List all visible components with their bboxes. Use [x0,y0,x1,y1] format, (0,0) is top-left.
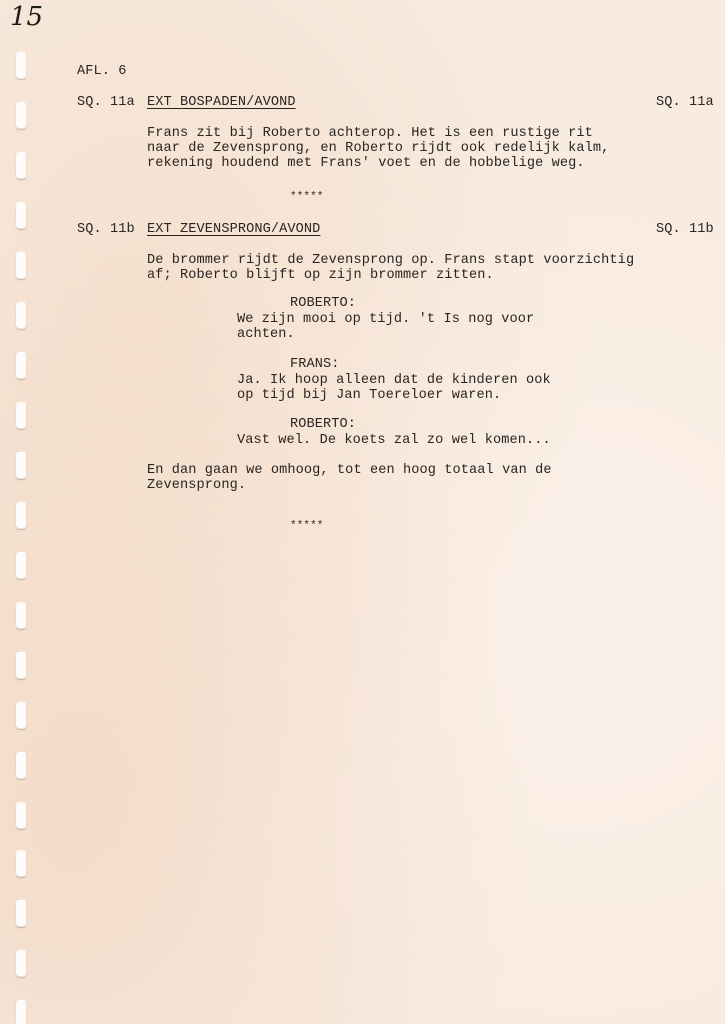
action-line: naar de Zevensprong, en Roberto rijdt oo… [147,141,609,156]
binding-hole [16,52,26,79]
dialogue-line: Vast wel. De koets zal zo wel komen... [237,433,551,448]
binding-hole [16,252,26,279]
handwritten-page-mark: 15 [10,2,43,32]
scene-number-right: SQ. 11a [656,95,714,110]
binding-hole [16,950,26,977]
dialogue-line: achten. [237,327,295,342]
binding-hole [16,552,26,579]
binding-hole [16,452,26,479]
scene-heading: EXT ZEVENSPRONG/AVOND [147,222,320,237]
scene-number-right: SQ. 11b [656,222,714,237]
binding-hole [16,802,26,829]
action-line: Frans zit bij Roberto achterop. Het is e… [147,126,593,141]
binding-hole [16,302,26,329]
scene-number-left: SQ. 11a [77,95,135,110]
binding-hole [16,900,26,927]
episode-label: AFL. 6 [77,64,127,79]
binding-hole [16,502,26,529]
dialogue-line: We zijn mooi op tijd. 't Is nog voor [237,312,534,327]
action-line: Zevensprong. [147,478,246,493]
binding-hole [16,152,26,179]
binding-hole [16,102,26,129]
binding-hole [16,652,26,679]
character-name: ROBERTO: [290,296,356,311]
scene-separator: ***** [290,519,324,534]
dialogue-line: op tijd bij Jan Toereloer waren. [237,388,501,403]
action-line: rekening houdend met Frans' voet en de h… [147,156,585,171]
dialogue-line: Ja. Ik hoop alleen dat de kinderen ook [237,373,551,388]
action-line: De brommer rijdt de Zevensprong op. Fran… [147,253,634,268]
binding-hole [16,602,26,629]
binding-hole [16,850,26,877]
scene-separator: ***** [290,190,324,205]
binding-hole [16,1000,26,1024]
binding-hole [16,752,26,779]
scene-heading: EXT BOSPADEN/AVOND [147,95,296,110]
action-line: En dan gaan we omhoog, tot een hoog tota… [147,463,552,478]
binding-hole [16,402,26,429]
action-line: af; Roberto blijft op zijn brommer zitte… [147,268,494,283]
binding-hole [16,702,26,729]
character-name: ROBERTO: [290,417,356,432]
character-name: FRANS: [290,357,340,372]
binding-hole [16,202,26,229]
scene-number-left: SQ. 11b [77,222,135,237]
binding-hole [16,352,26,379]
